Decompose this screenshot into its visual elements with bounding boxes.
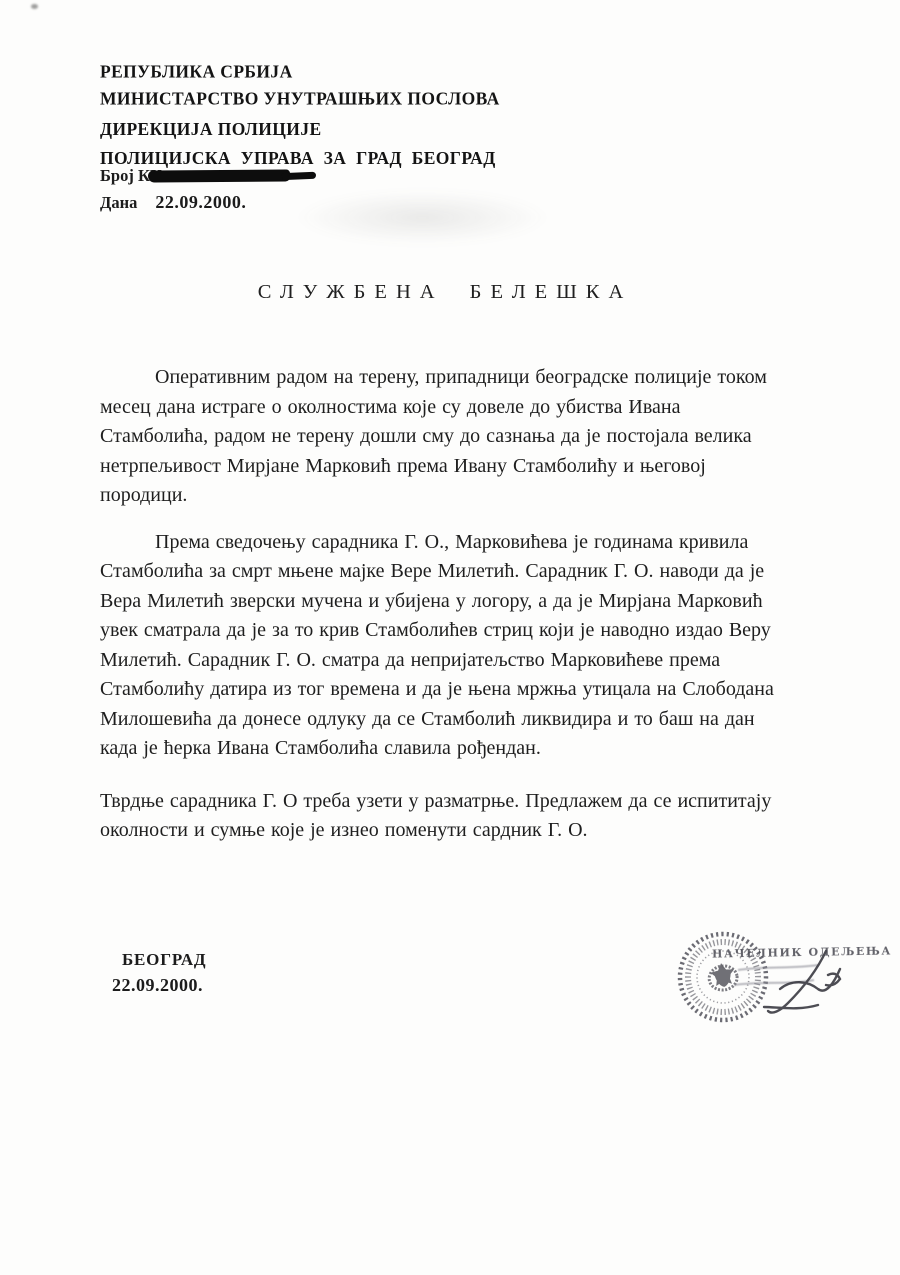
stamp-seal-icon xyxy=(668,923,893,1038)
document-body: Оперативним радом на терену, припадници … xyxy=(100,363,792,863)
signoff-date: 22.09.2000. xyxy=(112,975,206,996)
letterhead: РЕПУБЛИКА СРБИЈА МИНИСТАРСТВО УНУТРАШЊИХ… xyxy=(100,58,500,171)
redaction-mark xyxy=(148,170,290,183)
document-title: СЛУЖБЕНА БЕЛЕШКА xyxy=(258,281,633,303)
scan-smudge xyxy=(295,190,550,245)
paragraph-2: Према сведочењу сарадника Г. О., Маркови… xyxy=(100,528,792,764)
paragraph-1: Оперативним радом на терену, припадници … xyxy=(100,363,792,511)
letterhead-line-republic: РЕПУБЛИКА СРБИЈА xyxy=(100,58,500,85)
paragraph-3: Тврдње сарадника Г. О треба узети у разм… xyxy=(100,787,792,846)
title-wrap: СЛУЖБЕНА БЕЛЕШКА xyxy=(100,281,790,304)
date-row: Дана 22.09.2000. xyxy=(100,192,246,213)
letterhead-line-directorate: ДИРЕКЦИЈА ПОЛИЦИЈЕ xyxy=(100,115,500,142)
date-label: Дана xyxy=(100,193,137,212)
document-page: РЕПУБЛИКА СРБИЈА МИНИСТАРСТВО УНУТРАШЊИХ… xyxy=(0,0,900,1275)
case-number-row: Број КУ xyxy=(100,166,162,186)
signoff-city: БЕОГРАД xyxy=(122,950,206,970)
date-value: 22.09.2000. xyxy=(155,192,246,212)
signoff-block: БЕОГРАД 22.09.2000. xyxy=(112,950,206,996)
round-stamp: НАЧЕЛНИК ОДЕЉЕЊА xyxy=(668,923,893,1038)
scan-speck xyxy=(31,4,38,9)
letterhead-line-ministry: МИНИСТАРСТВО УНУТРАШЊИХ ПОСЛОВА xyxy=(100,85,500,112)
